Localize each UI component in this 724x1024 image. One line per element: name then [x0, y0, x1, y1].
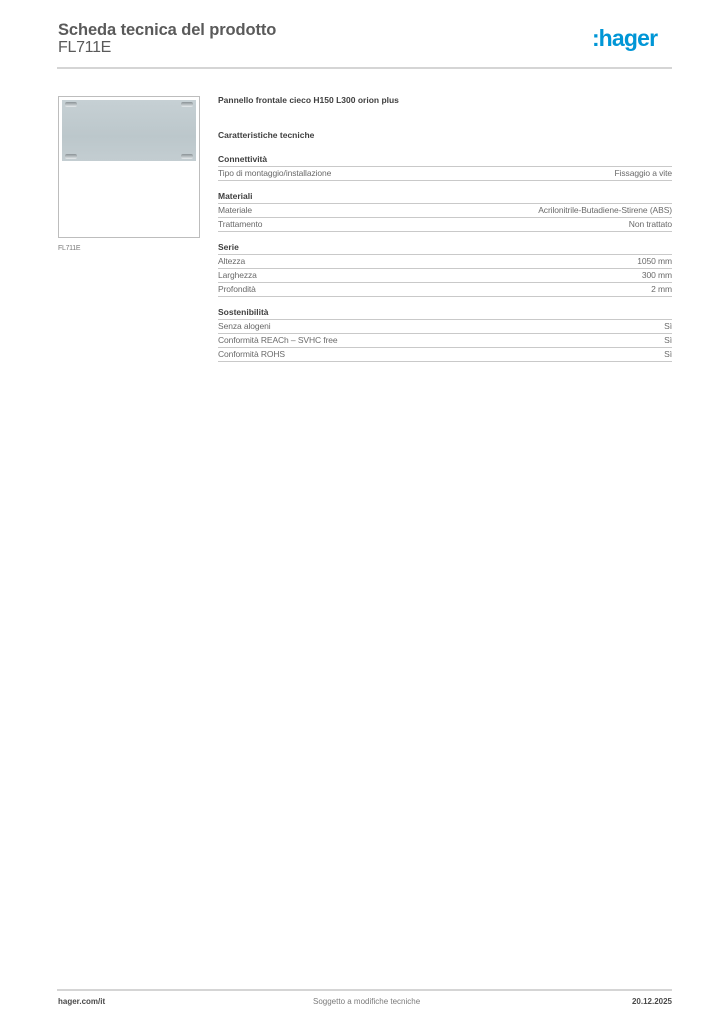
spec-group: SostenibilitàSenza alogeniSìConformità R…: [218, 307, 672, 362]
mounting-clip-icon: [65, 102, 77, 107]
logo-wordmark: hager: [599, 25, 658, 51]
spec-value: 1050 mm: [637, 255, 672, 268]
spec-label: Materiale: [218, 204, 252, 217]
product-name: Pannello frontale cieco H150 L300 orion …: [218, 95, 672, 106]
document-title: Scheda tecnica del prodotto: [58, 21, 276, 40]
spec-row: TrattamentoNon trattato: [218, 218, 672, 232]
section-title: Caratteristiche tecniche: [218, 130, 672, 144]
spec-group: ConnettivitàTipo di montaggio/installazi…: [218, 154, 672, 181]
product-code: FL711E: [58, 39, 111, 57]
spec-group-title: Serie: [218, 242, 672, 255]
spec-group-title: Materiali: [218, 191, 672, 204]
spec-group: MaterialiMaterialeAcrilonitrile-Butadien…: [218, 191, 672, 232]
spec-value: 2 mm: [651, 283, 672, 296]
spec-group-title: Sostenibilità: [218, 307, 672, 320]
mounting-clip-icon: [181, 154, 193, 159]
spec-row: Larghezza300 mm: [218, 269, 672, 283]
spec-group: SerieAltezza1050 mmLarghezza300 mmProfon…: [218, 242, 672, 297]
spec-value: Non trattato: [629, 218, 672, 231]
spec-value: Fissaggio a vite: [615, 167, 672, 180]
hager-logo: :hager: [592, 27, 657, 50]
spec-row: Tipo di montaggio/installazioneFissaggio…: [218, 167, 672, 181]
spec-row: Profondità2 mm: [218, 283, 672, 297]
spec-groups: ConnettivitàTipo di montaggio/installazi…: [218, 154, 672, 362]
mounting-clip-icon: [181, 102, 193, 107]
footer-notice: Soggetto a modifiche tecniche: [313, 997, 420, 1006]
spec-row: Altezza1050 mm: [218, 255, 672, 269]
spec-label: Trattamento: [218, 218, 262, 231]
spec-row: Conformità REACh – SVHC freeSì: [218, 334, 672, 348]
spec-label: Conformità REACh – SVHC free: [218, 334, 338, 347]
spec-label: Senza alogeni: [218, 320, 271, 333]
spec-value: Sì: [664, 320, 672, 333]
footer-date: 20.12.2025: [632, 997, 672, 1006]
spec-value: Sì: [664, 348, 672, 361]
image-caption: FL711E: [58, 245, 80, 252]
spec-label: Larghezza: [218, 269, 257, 282]
spec-label: Conformità ROHS: [218, 348, 285, 361]
logo-colon: :: [592, 25, 599, 51]
footer-website-link[interactable]: hager.com/it: [58, 997, 105, 1006]
spec-group-title: Connettività: [218, 154, 672, 167]
spec-row: Conformità ROHSSì: [218, 348, 672, 362]
blank-panel-illustration: [62, 100, 196, 161]
specifications: Pannello frontale cieco H150 L300 orion …: [218, 95, 672, 362]
product-image: [58, 96, 200, 238]
footer-divider: [57, 989, 672, 991]
header-divider: [57, 67, 672, 69]
spec-label: Tipo di montaggio/installazione: [218, 167, 331, 180]
spec-row: Senza alogeniSì: [218, 320, 672, 334]
spec-value: Sì: [664, 334, 672, 347]
mounting-clip-icon: [65, 154, 77, 159]
spec-label: Profondità: [218, 283, 256, 296]
spec-label: Altezza: [218, 255, 245, 268]
spec-row: MaterialeAcrilonitrile-Butadiene-Stirene…: [218, 204, 672, 218]
spec-value: Acrilonitrile-Butadiene-Stirene (ABS): [538, 204, 672, 217]
spec-value: 300 mm: [642, 269, 672, 282]
